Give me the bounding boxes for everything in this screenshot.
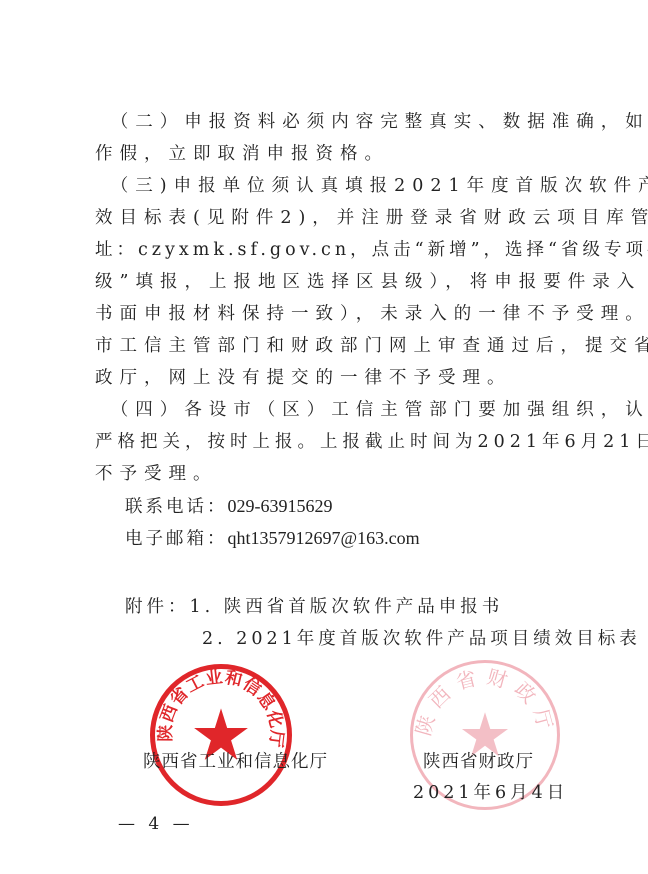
email-value[interactable]: qht1357912697@163.com [228, 528, 420, 548]
attachment-2: 2. 2021年度首版次软件产品项目绩效目标表 [202, 628, 648, 650]
paragraph-2-line-2: 作假，立即取消申报资格。 [95, 143, 575, 165]
attachments-label: 附件： [125, 597, 190, 617]
paragraph-3-line-3: 址：czyxmk.sf.gov.cn，点击“新增”，选择“省级专项—工业转型升 [95, 239, 575, 261]
attachment-2-title: 2. 2021年度首版次软件产品项目绩效目标表 [202, 629, 641, 649]
paragraph-2-line-1: （二）申报资料必须内容完整真实、数据准确，如发现弄虚 [95, 111, 575, 133]
paragraph-4-line-3: 不予受理。 [95, 463, 575, 485]
paragraph-3-line-5: 书面申报材料保持一致），未录入的一律不予受理。县（区）、 [95, 303, 575, 325]
issuer-industry-dept: 陕西省工业和信息化厅 [143, 748, 328, 773]
page-number: — 4 — [118, 814, 194, 834]
paragraph-4-line-1: （四）各设市（区）工信主管部门要加强组织，认真审核， [95, 399, 575, 421]
contact-phone: 联系电话：029-63915629 [125, 495, 605, 518]
phone-value: 029-63915629 [228, 496, 333, 516]
paragraph-3-line-6: 市工信主管部门和财政部门网上审查通过后，提交省工信厅、财 [95, 335, 575, 357]
paragraph-3-line-1: （三)申报单位须认真填报2021年度首版次软件产品项目绩 [95, 175, 575, 197]
paragraph-4-line-2: 严格把关，按时上报。上报截止时间为2021年6月21日，逾期 [95, 431, 575, 453]
paragraph-3-line-7: 政厅，网上没有提交的一律不予受理。 [95, 367, 575, 389]
attachment-1-title: 1. 陕西省首版次软件产品申报书 [190, 597, 504, 617]
email-label: 电子邮箱： [125, 529, 228, 549]
paragraph-3-line-2: 效目标表(见附件2)，并注册登录省财政云项目库管理系统(网 [95, 207, 575, 229]
paragraph-3-line-4: 级”填报，上报地区选择区县级），将申报要件录入（内容应与 [95, 271, 575, 293]
contact-email: 电子邮箱：qht1357912697@163.com [125, 527, 605, 550]
official-seal-industry-dept: 陕西省工业和信息化厅 [150, 664, 292, 806]
issuer-finance-dept: 陕西省财政厅 [423, 748, 534, 773]
issue-date: 2021年6月4日 [413, 779, 568, 804]
phone-label: 联系电话： [125, 497, 228, 517]
attachment-1: 附件：1. 陕西省首版次软件产品申报书 [125, 596, 605, 618]
